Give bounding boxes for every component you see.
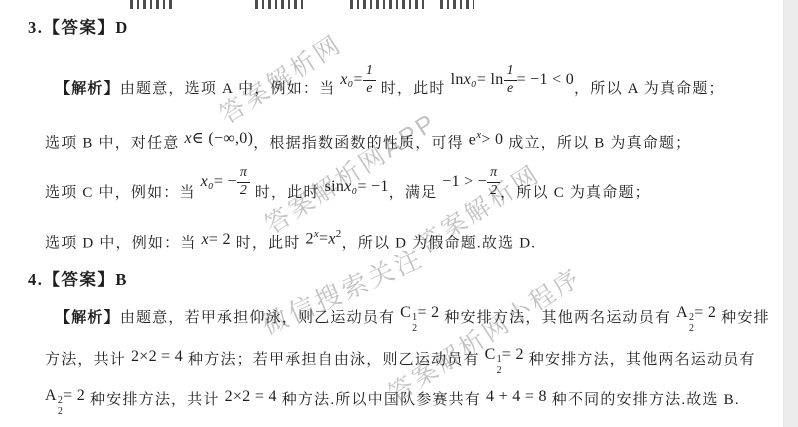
- solution-paragraph: 【解析】由题意，若甲承担仰泳，则乙运动员有 C12 = 2 种安排方法，其他两名…: [55, 301, 770, 335]
- text-run: 种方法.所以中国队参赛共有: [277, 392, 486, 408]
- math-run: = 2: [209, 223, 231, 257]
- text-run: 时，此时: [376, 81, 451, 97]
- text-run: 种安排: [716, 310, 770, 326]
- text-run: 种安排方法，其他两名运动员有: [524, 352, 756, 368]
- page-edge-strip: [783, 0, 798, 427]
- math-run: x: [201, 223, 208, 257]
- math-run: = 2: [63, 379, 85, 413]
- solution-paragraph: 选项 C 中，例如：当 x₀ = −π2 时，此时 sin x₀ = −1，满足…: [45, 176, 651, 210]
- text-run: 种不同的安排方法.故选 B.: [547, 392, 740, 408]
- math-run: = ln: [477, 63, 504, 97]
- math-run: x₀: [464, 63, 477, 97]
- math-run: = −: [214, 165, 237, 199]
- text-run: 成立，所以 B 为真命题；: [503, 135, 691, 151]
- text-run: 选项 B 中，对任意: [45, 135, 184, 151]
- cropped-text-fragment: [130, 0, 176, 9]
- cropped-text-fragment: [440, 0, 474, 9]
- math-run: =: [354, 63, 363, 97]
- power-expression: ex: [469, 118, 482, 157]
- math-run: 2×2 = 4: [131, 340, 183, 374]
- text-run: 种安排方法，其他两名运动员有: [439, 310, 676, 326]
- text-run: ，根据指数函数的性质，可得: [253, 135, 469, 151]
- math-run: ∈ (−∞,0): [192, 122, 253, 156]
- fraction: 1e: [363, 64, 376, 96]
- math-run: = 2: [694, 296, 716, 330]
- text-run: 选项 C 中，例如：当: [45, 185, 201, 201]
- combinatorics-symbol: C12: [485, 338, 502, 376]
- math-run: x₀: [340, 63, 353, 97]
- text-run: ，所以 C 为真命题；: [500, 185, 651, 201]
- text-run: 种方法；若甲承担自由泳，则乙运动员有: [183, 352, 485, 368]
- text-run: 选项 D 中，例如：当: [45, 235, 201, 251]
- math-run: = −1 < 0: [517, 63, 574, 97]
- fraction: π2: [487, 166, 500, 198]
- math-run: x₀: [201, 165, 214, 199]
- math-run: > 0: [481, 123, 503, 157]
- math-run: −1 > −: [442, 165, 487, 199]
- text-run: ，所以 D 为假命题.故选 D.: [342, 235, 537, 251]
- solution-paragraph: 选项 D 中，例如：当 x = 2 时，此时 2x = x2，所以 D 为假命题…: [45, 221, 536, 255]
- math-run: 4 + 4 = 8: [486, 380, 547, 414]
- math-run: = 2: [417, 296, 439, 330]
- math-run: x₀: [344, 170, 357, 204]
- math-run: =: [319, 222, 328, 256]
- solution-paragraph: 【解析】由题意，选项 A 中，例如：当 x₀ = 1e 时，此时 ln x₀ =…: [55, 72, 725, 106]
- solution-paragraph: A22 = 2 种安排方法，共计 2×2 = 4 种方法.所以中国队参赛共有 4…: [45, 383, 740, 417]
- cropped-text-fragment: [255, 0, 305, 9]
- math-run: = −1: [357, 170, 388, 204]
- answer-4-heading: 4.【答案】B: [28, 266, 128, 290]
- solution-paragraph: 方法，共计 2×2 = 4 种方法；若甲承担自由泳，则乙运动员有 C12 = 2…: [45, 343, 756, 377]
- text-run: 时，此时: [231, 235, 306, 251]
- math-run: x: [184, 122, 191, 156]
- text-run: ，所以 A 为真命题；: [574, 81, 725, 97]
- text-run: ，满足: [389, 185, 443, 201]
- text-run: 【解析】: [55, 81, 120, 97]
- text-run: 种安排方法，共计: [85, 392, 225, 408]
- text-run: 【解析】: [55, 310, 120, 326]
- text-run: 方法，共计: [45, 352, 131, 368]
- text-run: 由题意，若甲承担仰泳，则乙运动员有: [120, 310, 400, 326]
- combinatorics-symbol: A22: [676, 296, 694, 334]
- document-page: 答案解析网答案解析网APP答案解析网微信搜索关注答案解析网小程序 3.【答案】D…: [0, 0, 798, 427]
- fraction: 1e: [504, 64, 517, 96]
- power-expression: x2: [328, 217, 341, 256]
- math-run: 2×2 = 4: [225, 380, 277, 414]
- text-run: 由题意，选项 A 中，例如：当: [120, 81, 340, 97]
- math-run: sin: [325, 170, 345, 204]
- answer-3-heading: 3.【答案】D: [28, 14, 129, 38]
- solution-paragraph: 选项 B 中，对任意 x ∈ (−∞,0)，根据指数函数的性质，可得 ex > …: [45, 121, 691, 155]
- math-run: ln: [451, 63, 464, 97]
- combinatorics-symbol: A22: [45, 379, 63, 417]
- cropped-text-fragment: [350, 0, 424, 9]
- fraction: π2: [237, 166, 250, 198]
- combinatorics-symbol: C12: [400, 296, 417, 334]
- text-run: 时，此时: [250, 185, 325, 201]
- math-run: = 2: [502, 338, 524, 372]
- power-expression: 2x: [306, 217, 320, 256]
